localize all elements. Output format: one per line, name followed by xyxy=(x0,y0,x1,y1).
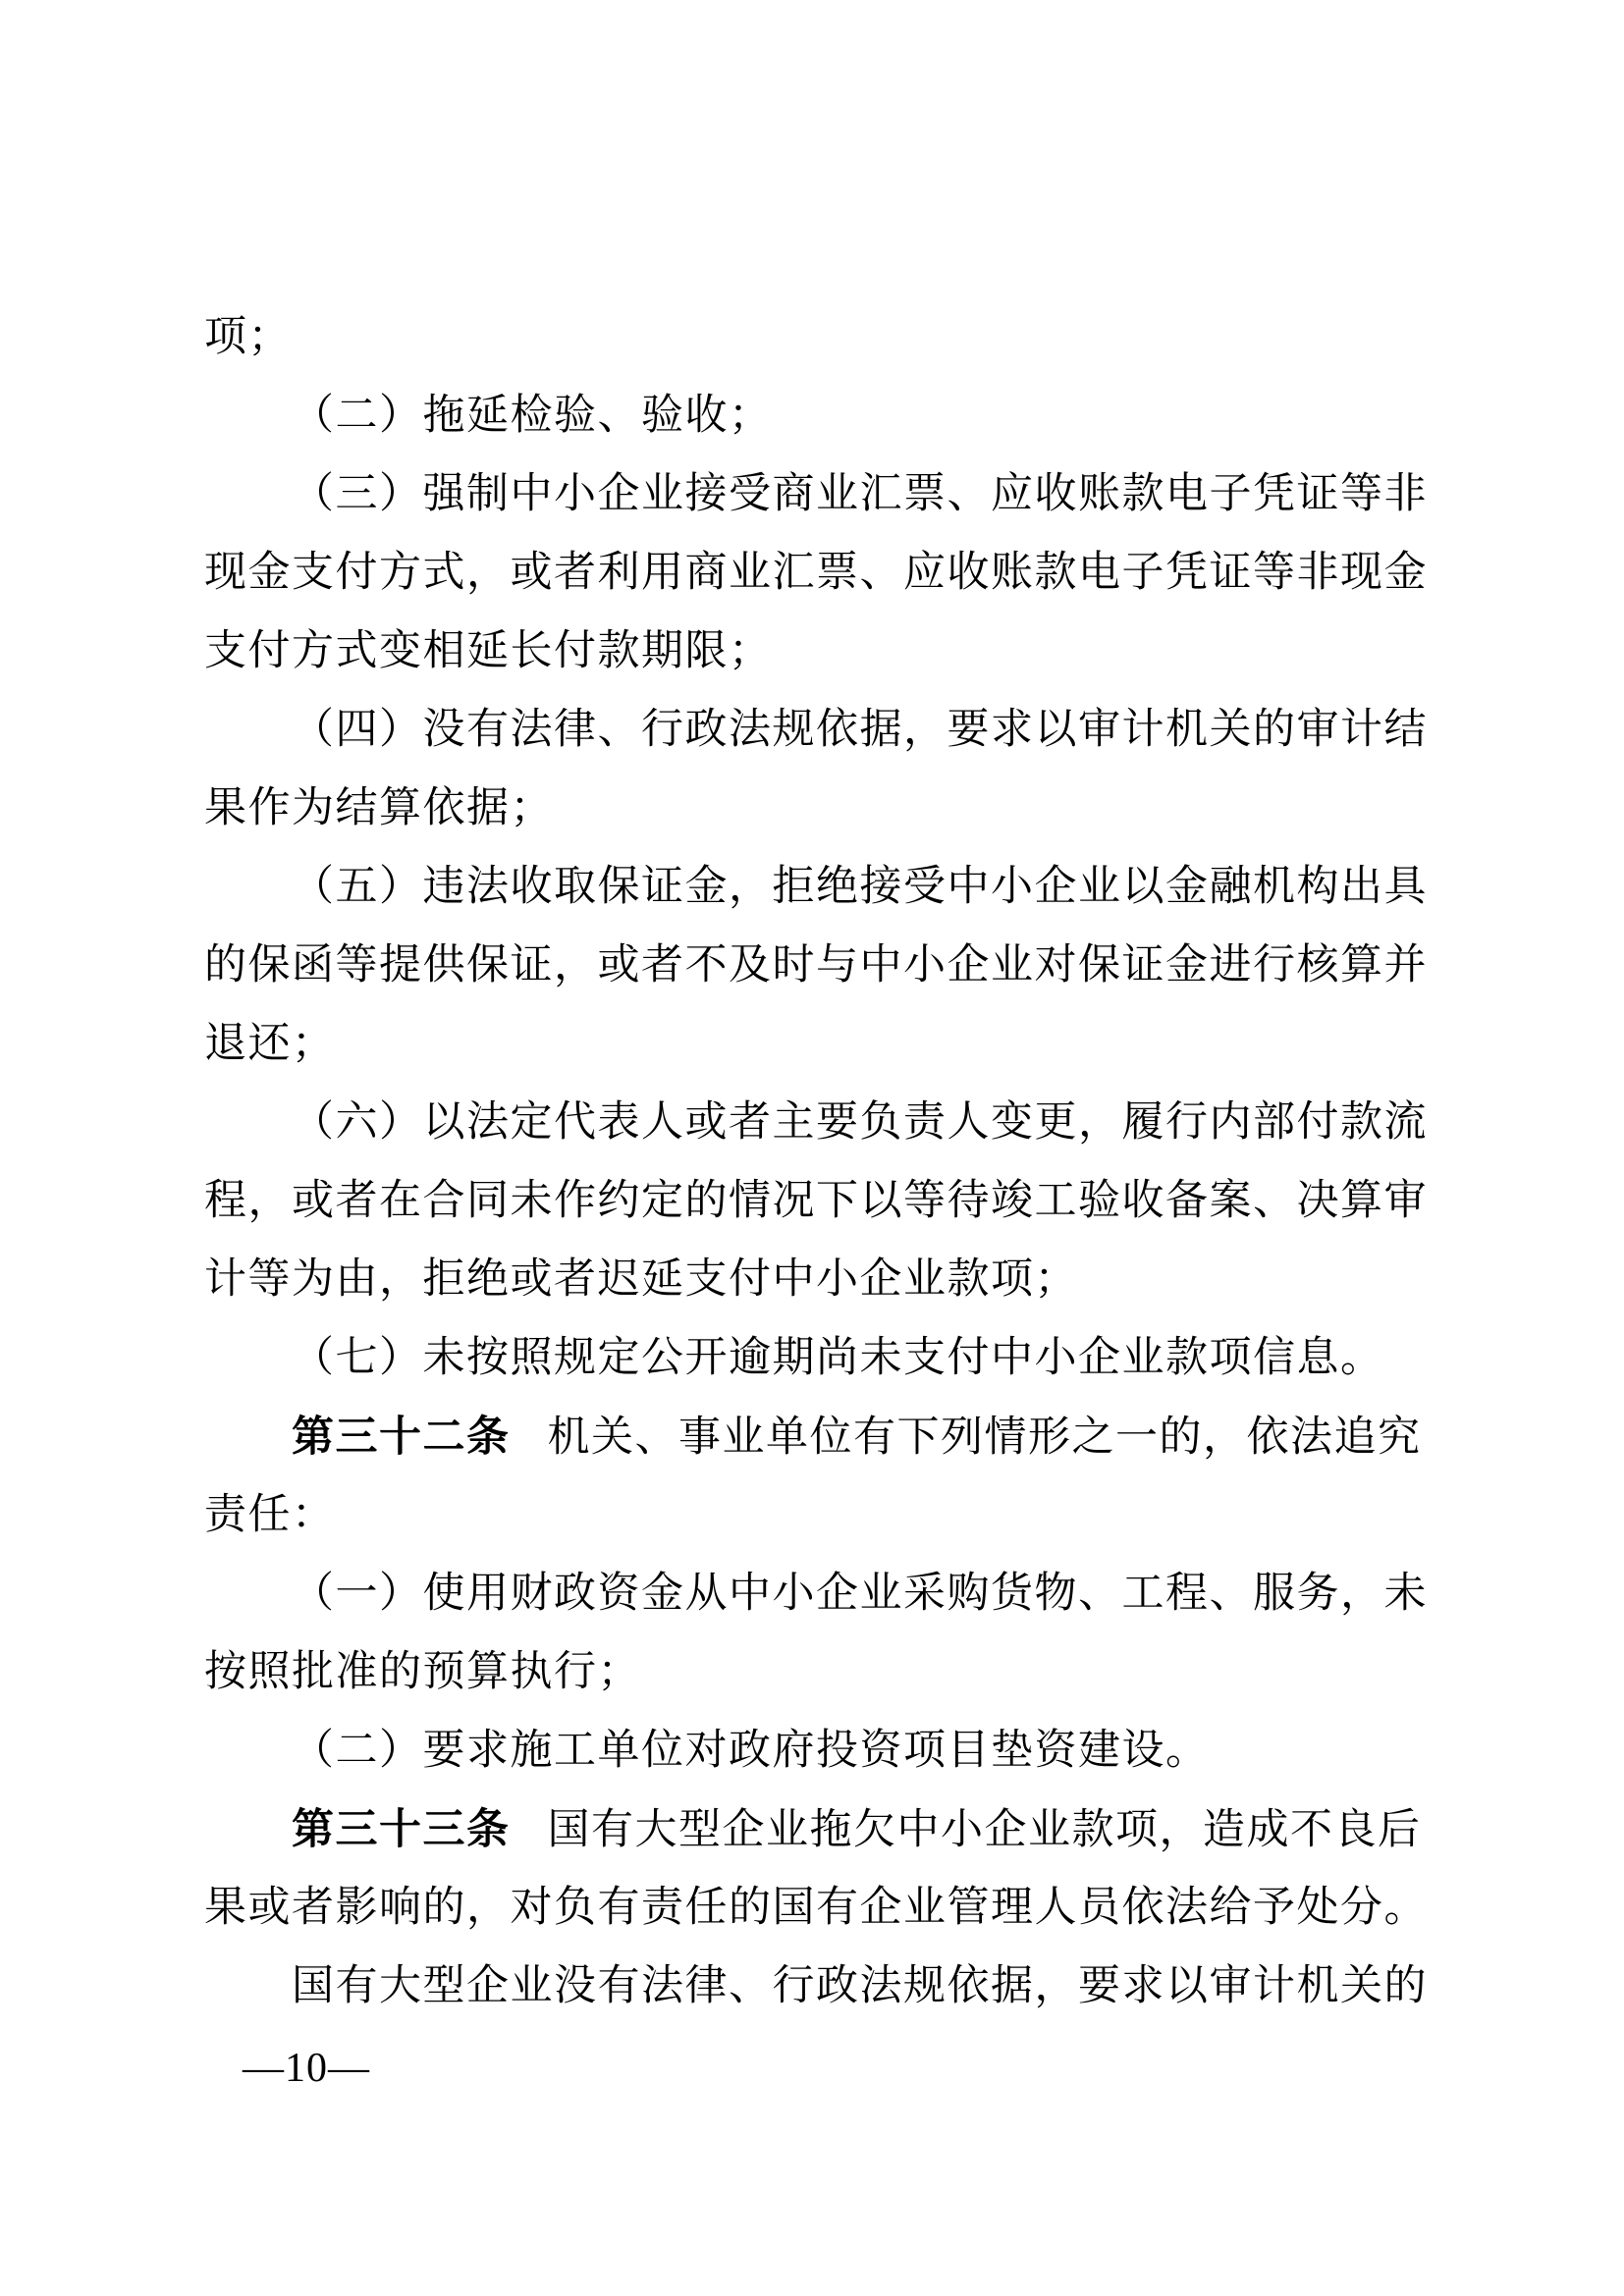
line-text: 果或者影响的，对负有责任的国有企业管理人员依法给予处分。 xyxy=(204,1885,1428,1931)
line-text: 支付方式变相延长付款期限； xyxy=(204,628,773,674)
line-text: 退还； xyxy=(204,1021,336,1067)
text-line: 程，或者在合同未作约定的情况下以等待竣工验收备案、决算审 xyxy=(204,1162,1428,1241)
text-line: （五）违法收取保证金，拒绝接受中小企业以金融机构出具 xyxy=(204,848,1428,927)
line-text: （六）以法定代表人或者主要负责人变更，履行内部付款流 xyxy=(292,1099,1428,1146)
text-line: 国有大型企业没有法律、行政法规依据，要求以审计机关的 xyxy=(204,1948,1428,2026)
line-text: （一）使用财政资金从中小企业采购货物、工程、服务，未 xyxy=(292,1571,1428,1617)
line-text: （五）违法收取保证金，拒绝接受中小企业以金融机构出具 xyxy=(292,864,1428,910)
text-line: 第三十三条国有大型企业拖欠中小企业款项，造成不良后 xyxy=(204,1790,1428,1869)
line-text: 国有大型企业没有法律、行政法规依据，要求以审计机关的 xyxy=(292,1963,1428,2009)
article-number-label: 第三十三条 xyxy=(292,1806,511,1853)
article-number-label: 第三十二条 xyxy=(292,1414,511,1461)
line-text: 计等为由，拒绝或者迟延支付中小企业款项； xyxy=(204,1256,1078,1303)
document-body: 项； （二）拖延检验、验收； （三）强制中小企业接受商业汇票、应收账款电子凭证等… xyxy=(204,298,1428,2026)
line-text: （四）没有法律、行政法规依据，要求以审计机关的审计结 xyxy=(292,707,1428,753)
text-line: 按照批准的预算执行； xyxy=(204,1633,1428,1712)
text-line: 支付方式变相延长付款期限； xyxy=(204,613,1428,691)
text-line: （七）未按照规定公开逾期尚未支付中小企业款项信息。 xyxy=(204,1319,1428,1398)
text-line: （一）使用财政资金从中小企业采购货物、工程、服务，未 xyxy=(204,1555,1428,1633)
text-line: （二）要求施工单位对政府投资项目垫资建设。 xyxy=(204,1712,1428,1790)
line-text: 果作为结算依据； xyxy=(204,785,554,831)
page-number: —10— xyxy=(243,2048,370,2089)
line-text: 国有大型企业拖欠中小企业款项，造成不良后 xyxy=(548,1807,1422,1853)
text-line: 项； xyxy=(204,298,1428,377)
line-text: 现金支付方式，或者利用商业汇票、应收账款电子凭证等非现金 xyxy=(204,550,1428,596)
line-text: 程，或者在合同未作约定的情况下以等待竣工验收备案、决算审 xyxy=(204,1178,1428,1224)
text-line: 的保函等提供保证，或者不及时与中小企业对保证金进行核算并 xyxy=(204,927,1428,1005)
text-line: 第三十二条机关、事业单位有下列情形之一的，依法追究 xyxy=(204,1398,1428,1476)
line-text: （三）强制中小企业接受商业汇票、应收账款电子凭证等非 xyxy=(292,471,1428,517)
line-text: 按照批准的预算执行； xyxy=(204,1649,641,1695)
line-text: 项； xyxy=(204,314,292,360)
line-text: （二）要求施工单位对政府投资项目垫资建设。 xyxy=(292,1728,1210,1774)
document-page: { "page": { "background": "#ffffff", "te… xyxy=(0,0,1624,2296)
text-line: 果作为结算依据； xyxy=(204,770,1428,848)
line-text: （七）未按照规定公开逾期尚未支付中小企业款项信息。 xyxy=(292,1335,1384,1381)
text-line: 计等为由，拒绝或者迟延支付中小企业款项； xyxy=(204,1241,1428,1319)
line-text: 的保函等提供保证，或者不及时与中小企业对保证金进行核算并 xyxy=(204,942,1428,988)
text-line: 责任： xyxy=(204,1476,1428,1555)
text-line: 果或者影响的，对负有责任的国有企业管理人员依法给予处分。 xyxy=(204,1869,1428,1948)
line-text: 责任： xyxy=(204,1492,336,1538)
line-text: 机关、事业单位有下列情形之一的，依法追究 xyxy=(548,1415,1422,1461)
text-line: （四）没有法律、行政法规依据，要求以审计机关的审计结 xyxy=(204,691,1428,770)
text-line: （三）强制中小企业接受商业汇票、应收账款电子凭证等非 xyxy=(204,455,1428,534)
text-line: 退还； xyxy=(204,1005,1428,1084)
line-text: （二）拖延检验、验收； xyxy=(292,393,773,439)
text-line: （二）拖延检验、验收； xyxy=(204,377,1428,455)
text-line: （六）以法定代表人或者主要负责人变更，履行内部付款流 xyxy=(204,1084,1428,1162)
text-line: 现金支付方式，或者利用商业汇票、应收账款电子凭证等非现金 xyxy=(204,534,1428,613)
